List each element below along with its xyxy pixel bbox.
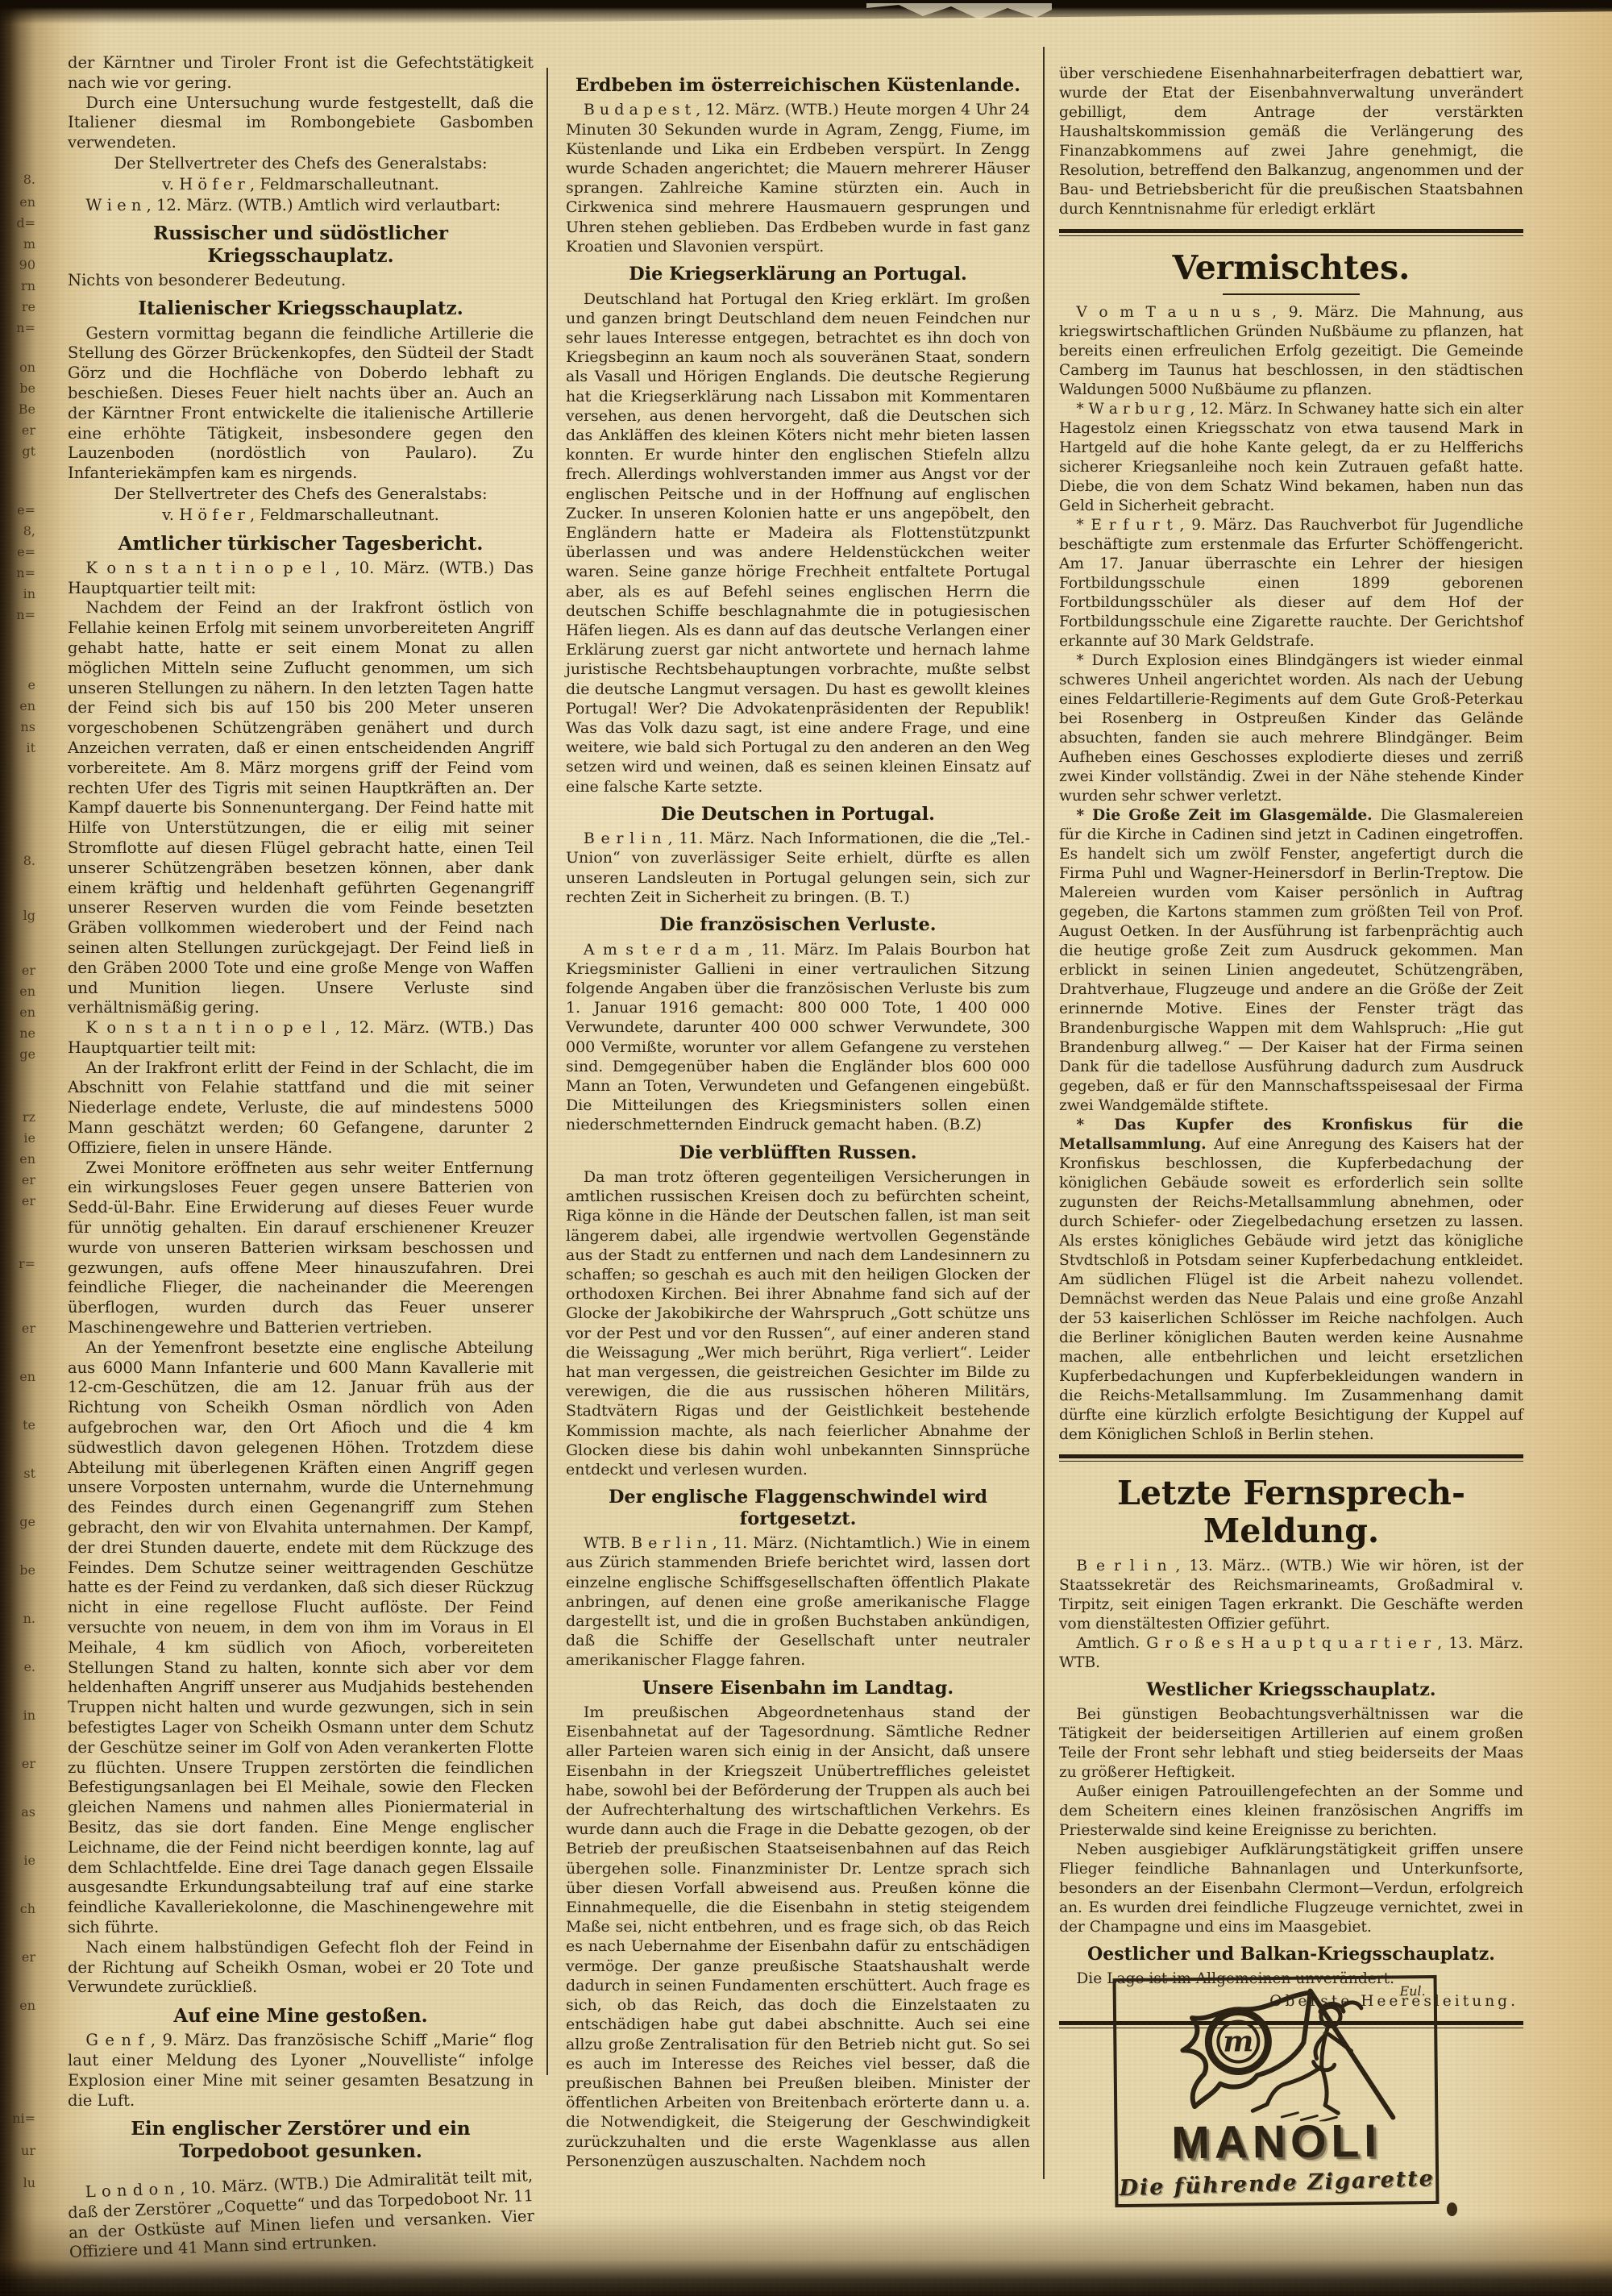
adjacent-page-fragment: er bbox=[0, 1757, 35, 1770]
adjacent-page-fragment: er bbox=[0, 1951, 35, 1964]
adjacent-page-fragment: en bbox=[0, 700, 35, 713]
adjacent-page-fragment: re bbox=[0, 301, 35, 314]
article-paragraph: K o n s t a n t i n o p e l , 10. März. … bbox=[68, 559, 534, 599]
adjacent-page-fragment: ur bbox=[0, 2144, 35, 2157]
section-headline: Die französischen Verluste. bbox=[566, 914, 1030, 935]
newspaper-column-1: der Kärntner und Tiroler Front ist die G… bbox=[68, 53, 534, 2246]
display-headline: Vermischtes. bbox=[1059, 249, 1523, 287]
article-paragraph: An der Irakfront erlitt der Feind in der… bbox=[68, 1059, 534, 1158]
adjacent-page-fragment: as bbox=[0, 1806, 35, 1819]
adjacent-page-fragment: rn bbox=[0, 280, 35, 293]
photo-top-edge bbox=[0, 0, 1612, 27]
adjacent-page-fragment: n. bbox=[0, 1612, 35, 1625]
column-separator-1 bbox=[546, 68, 548, 2075]
section-headline: Auf eine Mine gestoßen. bbox=[68, 2005, 534, 2027]
article-paragraph: B u d a p e s t , 12. März. (WTB.) Heute… bbox=[566, 100, 1030, 256]
ad-brand-wordmark: MANOLI bbox=[1117, 2114, 1435, 2170]
newspaper-column-2: Erdbeben im österreichischen Küstenlande… bbox=[566, 68, 1030, 2171]
article-paragraph: Im preußischen Abgeordnetenhaus stand de… bbox=[566, 1703, 1030, 2171]
adjacent-page-fragment: er bbox=[0, 1195, 35, 1208]
centered-line: v. H ö f e r , Feldmarschalleutnant. bbox=[68, 505, 534, 526]
adjacent-page-fragment: be bbox=[0, 1564, 35, 1577]
article-paragraph: Bei günstigen Beobachtungsverhältnissen … bbox=[1059, 1705, 1523, 1782]
adjacent-page-fragment: gt bbox=[0, 445, 35, 458]
article-paragraph: B e r l i n , 11. März. Nach Information… bbox=[566, 829, 1030, 907]
article-paragraph: Da man trotz öfteren gegenteiligen Versi… bbox=[566, 1167, 1030, 1479]
adjacent-page-fragment: en bbox=[0, 1371, 35, 1383]
section-headline: Ein englischer Zerstörer und ein Torpedo… bbox=[68, 2118, 534, 2161]
adjacent-page-fragment: in bbox=[0, 588, 35, 601]
adjacent-page-fragment: 8. bbox=[0, 173, 35, 186]
article-paragraph: Amtlich. G r o ß e s H a u p t q u a r t… bbox=[1059, 1634, 1523, 1673]
adjacent-page-fragment: en bbox=[0, 985, 35, 998]
section-headline: Die Kriegserklärung an Portugal. bbox=[566, 264, 1030, 285]
article-paragraph: Nach einem halbstündigen Gefecht floh de… bbox=[68, 1938, 534, 1998]
paragraph-lead: * Das Kupfer des Kronfiskus für die Meta… bbox=[1059, 1117, 1523, 1153]
book-gutter-fragments: 8.end=m90rnren=onbeBeergte=8,e=n=inn=een… bbox=[0, 0, 45, 2296]
article-paragraph: V o m T a u n u s , 9. März. Die Mahnung… bbox=[1059, 303, 1523, 400]
section-headline: Westlicher Kriegsschauplatz. bbox=[1059, 1680, 1523, 1701]
article-paragraph: * E r f u r t , 9. März. Das Rauchverbot… bbox=[1059, 516, 1523, 651]
adjacent-page-fragment: ie bbox=[0, 1854, 35, 1867]
adjacent-page-fragment: en bbox=[0, 1153, 35, 1166]
adjacent-page-fragment: 8, bbox=[0, 525, 35, 538]
ink-speck bbox=[890, 1275, 893, 1279]
short-rule bbox=[1223, 293, 1360, 295]
section-headline: Italienischer Kriegsschauplatz. bbox=[68, 297, 534, 319]
adjacent-page-fragment: er bbox=[0, 1174, 35, 1187]
section-headline: Oestlicher und Balkan-Kriegsschauplatz. bbox=[1059, 1945, 1523, 1965]
adjacent-page-fragment: r= bbox=[0, 1258, 35, 1271]
adjacent-page-fragment: en bbox=[0, 196, 35, 209]
display-headline: Letzte Fernsprech-Meldung. bbox=[1059, 1475, 1523, 1550]
monogram-m: m bbox=[1223, 2024, 1254, 2058]
article-paragraph: W i e n , 12. März. (WTB.) Amtlich wird … bbox=[68, 196, 534, 216]
adjacent-page-fragment: er bbox=[0, 964, 35, 977]
article-paragraph: K o n s t a n t i n o p e l , 12. März. … bbox=[68, 1018, 534, 1059]
section-headline: Die verblüfften Russen. bbox=[566, 1142, 1030, 1163]
article-paragraph: B e r l i n , 13. März.. (WTB.) Wie wir … bbox=[1059, 1557, 1523, 1634]
article-paragraph: * W a r b u r g , 12. März. In Schwaney … bbox=[1059, 400, 1523, 516]
centered-line: Der Stellvertreter des Chefs des General… bbox=[68, 154, 534, 174]
adjacent-page-fragment: lg bbox=[0, 909, 35, 922]
adjacent-page-fragment: m bbox=[0, 238, 35, 251]
article-paragraph: Neben ausgiebiger Aufklärungstätigkeit g… bbox=[1059, 1841, 1523, 1937]
section-headline: Amtlicher türkischer Tagesbericht. bbox=[68, 533, 534, 555]
ink-speck bbox=[1447, 2202, 1457, 2216]
article-paragraph: An der Yemenfront besetzte eine englisch… bbox=[68, 1338, 534, 1938]
adjacent-page-fragment: e= bbox=[0, 504, 35, 517]
section-headline: Russischer und südöstlicher Kriegsschaup… bbox=[68, 223, 534, 266]
article-paragraph: Nachdem der Feind an der Irakfront östli… bbox=[68, 598, 534, 1018]
adjacent-page-fragment: ge bbox=[0, 1516, 35, 1529]
adjacent-page-fragment: lu bbox=[0, 2177, 35, 2190]
article-paragraph: L o n d o n , 10. März. (WTB.) Die Admir… bbox=[67, 2166, 535, 2263]
newspaper-column-3: über verschiedene Eisenhahnarbeiterfrage… bbox=[1059, 64, 1523, 2036]
torn-paper-shape bbox=[866, 3, 1052, 19]
adjacent-page-fragment: be bbox=[0, 382, 35, 395]
paragraph-lead: * Die Große Zeit im Glasgemälde. bbox=[1076, 807, 1380, 824]
adjacent-page-fragment: 90 bbox=[0, 259, 35, 272]
adjacent-page-fragment: n= bbox=[0, 322, 35, 335]
adjacent-page-fragment: d= bbox=[0, 217, 35, 230]
adjacent-page-fragment: it bbox=[0, 742, 35, 755]
article-paragraph: Nichts von besonderer Bedeutung. bbox=[68, 271, 534, 291]
adjacent-page-fragment: e= bbox=[0, 546, 35, 559]
horizontal-rule bbox=[1059, 1454, 1523, 1462]
article-paragraph: Durch eine Untersuchung wurde festgestel… bbox=[68, 94, 534, 153]
horizontal-rule bbox=[1059, 229, 1523, 236]
adjacent-page-fragment: ne bbox=[0, 1027, 35, 1040]
adjacent-page-fragment: rz bbox=[0, 1111, 35, 1124]
ad-tagline: Die führende Zigarette bbox=[1118, 2166, 1436, 2201]
article-paragraph: * Die Große Zeit im Glasgemälde. Die Gla… bbox=[1059, 806, 1523, 1116]
adjacent-page-fragment: 8. bbox=[0, 855, 35, 867]
adjacent-page-fragment: en bbox=[0, 1006, 35, 1019]
adjacent-page-fragment: er bbox=[0, 424, 35, 437]
centered-line: Der Stellvertreter des Chefs des General… bbox=[68, 485, 534, 505]
article-paragraph: Deutschland hat Portugal den Krieg erklä… bbox=[566, 289, 1030, 797]
adjacent-page-fragment: in bbox=[0, 1709, 35, 1722]
ink-speck bbox=[1323, 2032, 1327, 2036]
article-paragraph: Außer einigen Patrouillengefechten an de… bbox=[1059, 1782, 1523, 1841]
article-paragraph: über verschiedene Eisenhahnarbeiterfrage… bbox=[1059, 64, 1523, 219]
adjacent-page-fragment: e. bbox=[0, 1661, 35, 1674]
adjacent-page-fragment: ie bbox=[0, 1132, 35, 1145]
adjacent-page-fragment: te bbox=[0, 1419, 35, 1432]
adjacent-page-fragment: n= bbox=[0, 567, 35, 580]
article-paragraph: der Kärntner und Tiroler Front ist die G… bbox=[68, 53, 534, 94]
newspaper-page-scan: { "page": { "kind": "historical German n… bbox=[0, 0, 1612, 2296]
adjacent-page-fragment: Be bbox=[0, 403, 35, 416]
manoli-cigarette-ad: m Eul. MANOLI Die führende Zigarette bbox=[1113, 1975, 1440, 2207]
article-paragraph: * Das Kupfer des Kronfiskus für die Meta… bbox=[1059, 1116, 1523, 1445]
ad-artist-signature: Eul. bbox=[1399, 1983, 1425, 1999]
adjacent-page-fragment: ni= bbox=[0, 2112, 35, 2125]
column-separator-2 bbox=[1043, 47, 1045, 2179]
section-headline: Die Deutschen in Portugal. bbox=[566, 804, 1030, 825]
adjacent-page-fragment: en bbox=[0, 1999, 35, 2012]
adjacent-page-fragment: n= bbox=[0, 609, 35, 622]
adjacent-page-fragment: e bbox=[0, 679, 35, 692]
article-paragraph: A m s t e r d a m , 11. März. Im Palais … bbox=[566, 940, 1030, 1135]
article-paragraph: Zwei Monitore eröffneten aus sehr weiter… bbox=[68, 1158, 534, 1338]
article-paragraph: WTB. B e r l i n , 11. März. (Nichtamtli… bbox=[566, 1533, 1030, 1670]
article-paragraph: G e n f , 9. März. Das französische Schi… bbox=[68, 2031, 534, 2111]
adjacent-page-fragment: ch bbox=[0, 1903, 35, 1915]
torn-paper-edge bbox=[866, 3, 1052, 39]
section-headline: Unsere Eisenbahn im Landtag. bbox=[566, 1678, 1030, 1699]
adjacent-page-fragment: ge bbox=[0, 1048, 35, 1061]
adjacent-page-fragment: ns bbox=[0, 721, 35, 734]
section-headline: Erdbeben im österreichischen Küstenlande… bbox=[566, 75, 1030, 96]
flagbearer-illustration: m bbox=[1123, 1982, 1431, 2123]
article-paragraph: * Durch Explosion eines Blindgängers ist… bbox=[1059, 651, 1523, 806]
adjacent-page-fragment: er bbox=[0, 1322, 35, 1335]
adjacent-page-fragment: st bbox=[0, 1467, 35, 1480]
centered-line: v. H ö f e r , Feldmarschalleutnant. bbox=[68, 175, 534, 195]
adjacent-page-fragment: on bbox=[0, 361, 35, 374]
article-paragraph: Gestern vormittag begann die feindliche … bbox=[68, 324, 534, 484]
section-headline: Der englische Flaggenschwindel wird fort… bbox=[566, 1487, 1030, 1529]
